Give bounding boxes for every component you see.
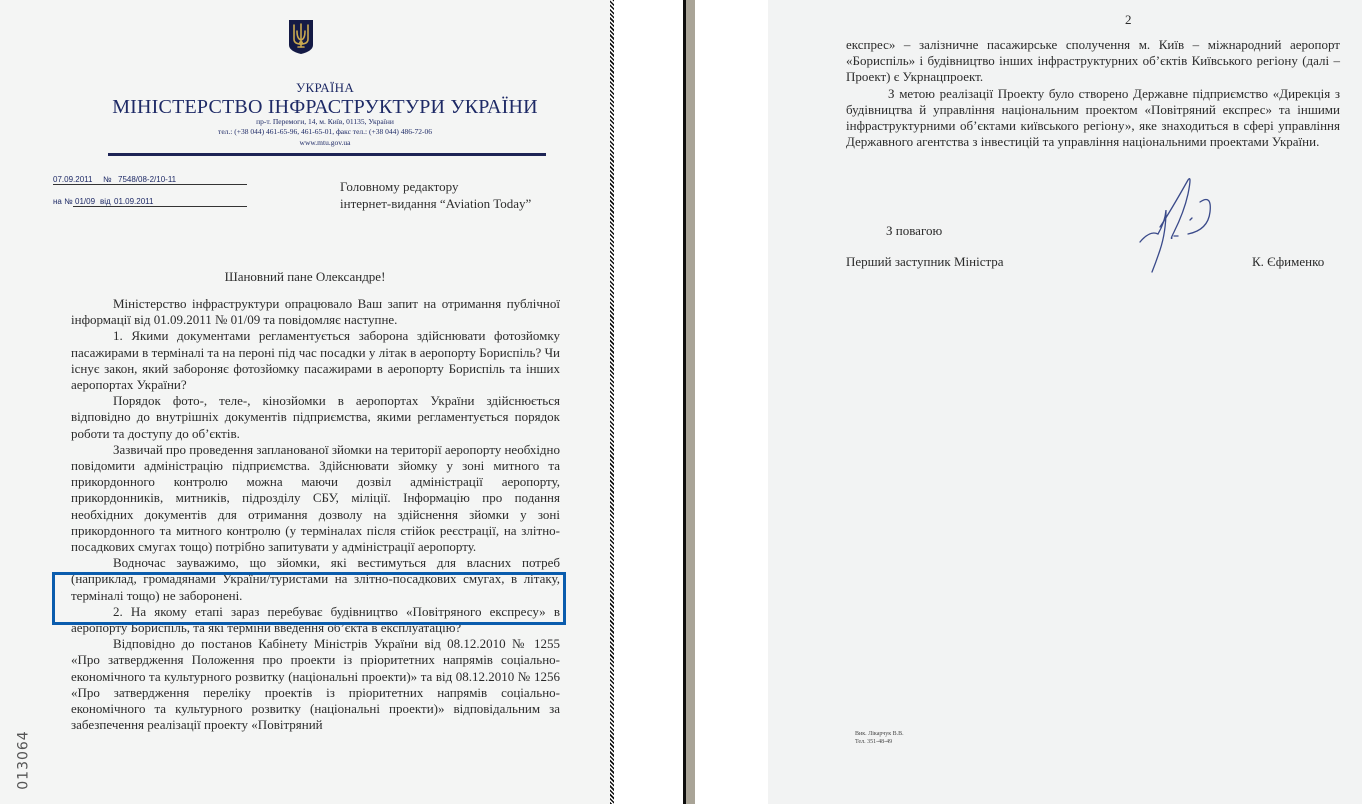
outgoing-number-prefix: № (103, 175, 112, 184)
signatory-name: К. Єфименко (1252, 254, 1324, 270)
paragraph: Порядок фото-, теле-, кінозйомки в аероп… (71, 393, 560, 442)
outgoing-underline (53, 184, 247, 185)
outgoing-number: 7548/08-2/10-11 (118, 175, 176, 184)
executor-name: Вик. Лікарчук В.В. (855, 731, 904, 737)
paragraph: З метою реалізації Проекту було створено… (846, 86, 1340, 151)
reply-date: 01.09.2011 (114, 197, 153, 206)
reply-underline (73, 206, 247, 207)
highlight-box (52, 572, 566, 625)
letterhead-phones: тел.: (+38 044) 461-65-96, 461-65-01, фа… (0, 127, 650, 136)
paragraph: Зазвичай про проведення запланованої зйо… (71, 442, 560, 555)
signature-icon (1130, 172, 1230, 282)
addressee-line-1: Головному редактору (340, 179, 458, 195)
paragraph: експрес» – залізничне пасажирське сполуч… (846, 37, 1340, 86)
reply-from: від (100, 197, 111, 206)
closing: З повагою (886, 223, 942, 239)
page-number: 2 (1125, 12, 1132, 28)
margin-stamp-number: 013064 (16, 730, 32, 789)
letterhead-website: www.mtu.gov.ua (0, 138, 650, 147)
executor-phone: Тел. 351-48-49 (855, 739, 892, 745)
paragraph: Міністерство інфраструктури опрацювало В… (71, 296, 560, 328)
letter-body-page-2: експрес» – залізничне пасажирське сполуч… (846, 37, 1340, 150)
outgoing-date: 07.09.2011 (53, 175, 92, 184)
paragraph: Відповідно до постанов Кабінету Міністрі… (71, 636, 560, 733)
paragraph-question-1: 1. Якими документами регламентується заб… (71, 328, 560, 393)
letterhead-address: пр-т. Перемоги, 14, м. Київ, 01135, Укра… (0, 117, 650, 126)
gutter (614, 0, 683, 804)
addressee-line-2: інтернет-видання “Aviation Today” (340, 196, 531, 212)
letterhead-divider (108, 153, 546, 156)
coat-of-arms-icon (288, 19, 314, 55)
splitter-handle[interactable] (686, 0, 695, 804)
letterhead-country: УКРАЇНА (0, 80, 650, 96)
reply-prefix: на № (53, 197, 73, 206)
salutation: Шановний пане Олександре! (0, 269, 610, 285)
signatory-title: Перший заступник Міністра (846, 254, 1004, 270)
gutter (695, 0, 768, 804)
letter-body-page-1: Міністерство інфраструктури опрацювало В… (71, 296, 560, 733)
letterhead-ministry: МІНІСТЕРСТВО ІНФРАСТРУКТУРИ УКРАЇНИ (0, 96, 650, 119)
reply-number: 01/09 (75, 197, 95, 206)
